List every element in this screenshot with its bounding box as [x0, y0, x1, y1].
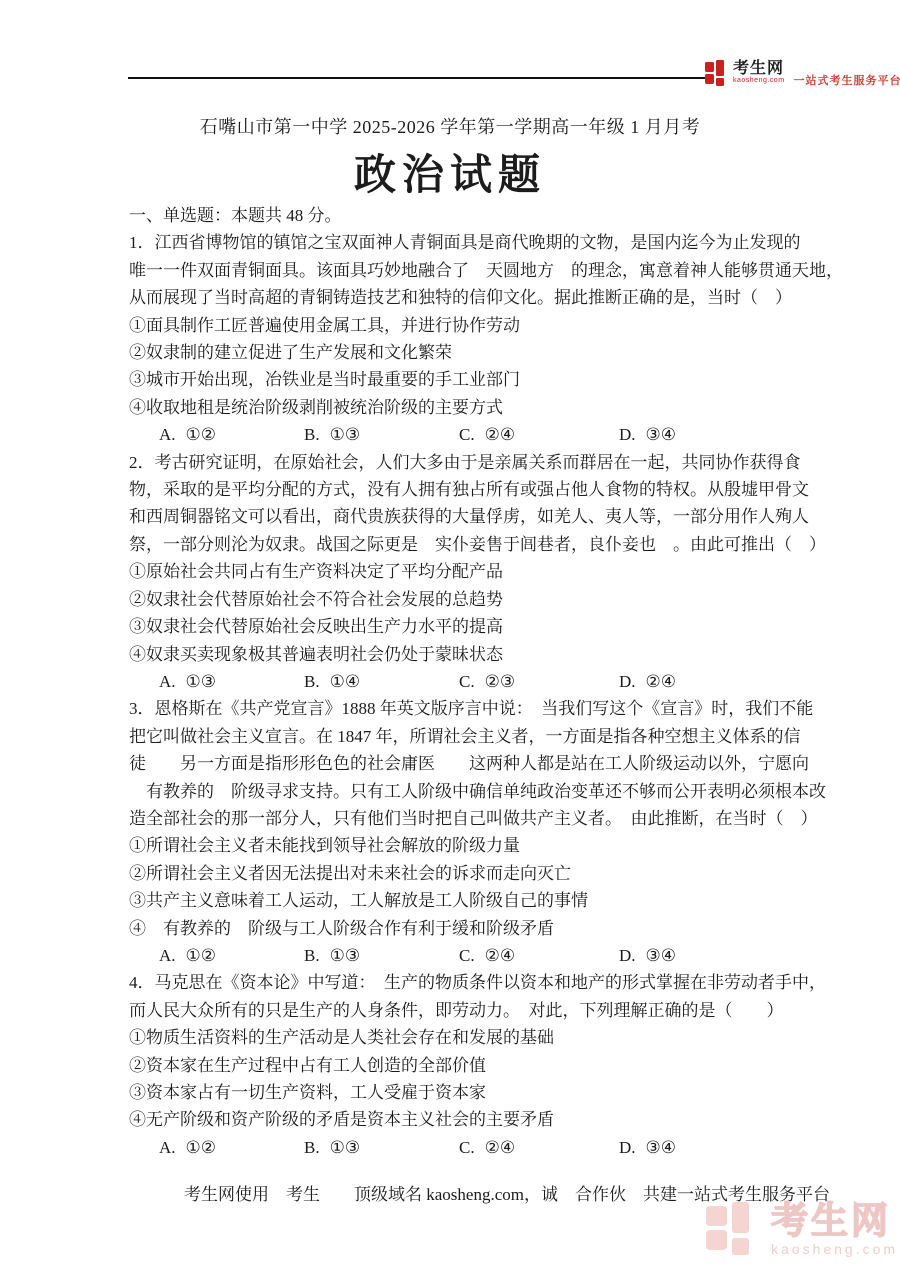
q2-option-B: B.①④ [304, 668, 459, 695]
kaosheng-logo-icon [705, 60, 730, 88]
option-choice: ①③ [186, 672, 216, 691]
q3-stem-line-5: 造全部社会的那一部分人，只有他们当时把自己叫做共产主义者。 由此推断，在当时（ … [129, 805, 799, 832]
q1-choice-item-4: ④收取地租是统治阶级剥削被统治阶级的主要方式 [129, 394, 799, 421]
question-3: 3．恩格斯在《共产党宣言》1888 年英文版序言中说： 当我们写这个《宣言》时，… [129, 695, 799, 969]
q3-options-row: A.①②B.①③C.②④D.③④ [129, 942, 799, 969]
q3-choice-item-3: ③共产主义意味着工人运动，工人解放是工人阶级自己的事情 [129, 887, 799, 914]
logo-text-block: 考生网 kaosheng.com [733, 60, 785, 85]
option-choice: ③④ [646, 425, 676, 444]
option-letter: A. [159, 672, 176, 691]
q4-option-A: A.①② [159, 1134, 304, 1161]
watermark-text-block: 考生网 kaosheng.com [771, 1202, 898, 1257]
q4-options-row: A.①②B.①③C.②④D.③④ [129, 1134, 799, 1161]
option-letter: B. [304, 1138, 320, 1157]
q4-choice-item-1: ①物质生活资料的生产活动是人类社会存在和发展的基础 [129, 1024, 799, 1051]
section-header: 一、单选题：本题共 48 分。 [129, 202, 799, 229]
q2-option-C: C.②③ [459, 668, 619, 695]
q1-option-B: B.①③ [304, 421, 459, 448]
questions: 1．江西省博物馆的镇馆之宝双面神人青铜面具是商代晚期的文物，是国内迄今为止发现的… [129, 229, 799, 1161]
q1-stem-line-2: 唯一一件双面青铜面具。该面具巧妙地融合了 天圆地方 的理念，寓意着神人能够贯通天… [129, 257, 799, 284]
q4-option-D: D.③④ [619, 1134, 676, 1161]
q1-options-row: A.①②B.①③C.②④D.③④ [129, 421, 799, 448]
option-choice: ①④ [330, 672, 360, 691]
q4-stem-line-2: 而人民大众所有的只是生产的人身条件，即劳动力。 对此，下列理解正确的是（ ） [129, 997, 799, 1024]
option-choice: ②④ [485, 1138, 515, 1157]
q2-stem-line-4: 祭，一部分则沦为奴隶。战国之际更是 实仆妾售于闾巷者，良仆妾也 。由此可推出（ … [129, 531, 799, 558]
q1-stem-line-1: 1．江西省博物馆的镇馆之宝双面神人青铜面具是商代晚期的文物，是国内迄今为止发现的 [129, 229, 799, 256]
option-choice: ②④ [485, 946, 515, 965]
q1-stem-line-3: 从而展现了当时高超的青铜铸造技艺和独特的信仰文化。据此推断正确的是，当时（ ） [129, 284, 799, 311]
option-letter: B. [304, 672, 320, 691]
q4-option-C: C.②④ [459, 1134, 619, 1161]
q4-choice-item-2: ②资本家在生产过程中占有工人创造的全部价值 [129, 1052, 799, 1079]
option-choice: ①② [186, 946, 216, 965]
option-letter: C. [459, 946, 475, 965]
q3-option-A: A.①② [159, 942, 304, 969]
option-choice: ③④ [646, 946, 676, 965]
q1-option-A: A.①② [159, 421, 304, 448]
option-choice: ②③ [485, 672, 515, 691]
option-letter: B. [304, 425, 320, 444]
watermark-site-name: 考生网 [771, 1202, 898, 1240]
q4-option-B: B.①③ [304, 1134, 459, 1161]
q3-stem-line-4: 有教养的 阶级寻求支持。只有工人阶级中确信单纯政治变革还不够而公开表明必须根本改 [129, 778, 799, 805]
q2-choice-item-3: ③奴隶社会代替原始社会反映出生产力水平的提高 [129, 613, 799, 640]
option-choice: ①② [186, 1138, 216, 1157]
option-letter: C. [459, 1138, 475, 1157]
school-exam-line: 石嘴山市第一中学 2025-2026 学年第一学期高一年级 1 月月考 [0, 113, 900, 139]
option-choice: ①③ [330, 425, 360, 444]
q3-choice-item-1: ①所谓社会主义者未能找到领导社会解放的阶级力量 [129, 832, 799, 859]
q1-option-C: C.②④ [459, 421, 619, 448]
question-2: 2．考古研究证明，在原始社会，人们大多由于是亲属关系而群居在一起，共同协作获得食… [129, 449, 799, 696]
kaosheng-watermark: 考生网 kaosheng.com [706, 1202, 898, 1258]
logo-tagline: 一站式考生服务平台 [794, 72, 900, 88]
q3-option-D: D.③④ [619, 942, 676, 969]
footer-text: 考生网使用 考生 顶级域名 kaosheng.com，诚 合作伙 共建一站式考生… [184, 1180, 830, 1205]
option-choice: ②④ [485, 425, 515, 444]
option-letter: D. [619, 672, 636, 691]
option-letter: D. [619, 946, 636, 965]
q3-stem-line-3: 徒 另一方面是指形形色色的社会庸医 这两种人都是站在工人阶级运动以外，宁愿向 [129, 750, 799, 777]
q3-choice-item-2: ②所谓社会主义者因无法提出对未来社会的诉求而走向灭亡 [129, 860, 799, 887]
logo-site-name: 考生网 [733, 60, 785, 77]
watermark-domain: kaosheng.com [771, 1241, 898, 1257]
option-letter: C. [459, 672, 475, 691]
option-choice: ①③ [330, 1138, 360, 1157]
watermark-logo-icon [706, 1202, 764, 1258]
option-choice: ①② [186, 425, 216, 444]
q2-stem-line-3: 和西周铜器铭文可以看出，商代贵族获得的大量俘虏，如羌人、夷人等，一部分用作人殉人 [129, 503, 799, 530]
option-letter: A. [159, 946, 176, 965]
option-choice: ①③ [330, 946, 360, 965]
q1-option-D: D.③④ [619, 421, 676, 448]
q3-stem-line-1: 3．恩格斯在《共产党宣言》1888 年英文版序言中说： 当我们写这个《宣言》时，… [129, 695, 799, 722]
option-letter: C. [459, 425, 475, 444]
exam-page: 考生网 kaosheng.com 一站式考生服务平台 石嘴山市第一中学 2025… [0, 0, 900, 1273]
q3-choice-item-4: ④ 有教养的 阶级与工人阶级合作有利于缓和阶级矛盾 [129, 915, 799, 942]
q3-stem-line-2: 把它叫做社会主义宣言。在 1847 年，所谓社会主义者，一方面是指各种空想主义体… [129, 723, 799, 750]
q2-option-A: A.①③ [159, 668, 304, 695]
q2-choice-item-2: ②奴隶社会代替原始社会不符合社会发展的总趋势 [129, 586, 799, 613]
q1-choice-item-1: ①面具制作工匠普遍使用金属工具，并进行协作劳动 [129, 312, 799, 339]
exam-title: 政治试题 [0, 142, 900, 202]
header-divider [128, 77, 713, 79]
q2-stem-line-1: 2．考古研究证明，在原始社会，人们大多由于是亲属关系而群居在一起，共同协作获得食 [129, 449, 799, 476]
q2-option-D: D.②④ [619, 668, 676, 695]
option-choice: ③④ [646, 1138, 676, 1157]
q1-choice-item-3: ③城市开始出现，冶铁业是当时最重要的手工业部门 [129, 366, 799, 393]
q2-stem-line-2: 物，采取的是平均分配的方式，没有人拥有独占所有或强占他人食物的特权。从殷墟甲骨文 [129, 476, 799, 503]
q2-options-row: A.①③B.①④C.②③D.②④ [129, 668, 799, 695]
option-letter: A. [159, 425, 176, 444]
option-letter: D. [619, 425, 636, 444]
q3-option-C: C.②④ [459, 942, 619, 969]
q2-choice-item-1: ①原始社会共同占有生产资料决定了平均分配产品 [129, 558, 799, 585]
option-letter: D. [619, 1138, 636, 1157]
logo-domain: kaosheng.com [733, 77, 785, 85]
q4-choice-item-3: ③资本家占有一切生产资料，工人受雇于资本家 [129, 1079, 799, 1106]
exam-body: 一、单选题：本题共 48 分。 1．江西省博物馆的镇馆之宝双面神人青铜面具是商代… [129, 202, 799, 1161]
q4-choice-item-4: ④无产阶级和资产阶级的矛盾是资本主义社会的主要矛盾 [129, 1106, 799, 1133]
kaosheng-logo: 考生网 kaosheng.com 一站式考生服务平台 [705, 60, 900, 88]
q1-choice-item-2: ②奴隶制的建立促进了生产发展和文化繁荣 [129, 339, 799, 366]
option-letter: A. [159, 1138, 176, 1157]
option-letter: B. [304, 946, 320, 965]
question-4: 4．马克思在《资本论》中写道： 生产的物质条件以资本和地产的形式掌握在非劳动者手… [129, 969, 799, 1161]
question-1: 1．江西省博物馆的镇馆之宝双面神人青铜面具是商代晚期的文物，是国内迄今为止发现的… [129, 229, 799, 448]
q4-stem-line-1: 4．马克思在《资本论》中写道： 生产的物质条件以资本和地产的形式掌握在非劳动者手… [129, 969, 799, 996]
q2-choice-item-4: ④奴隶买卖现象极其普遍表明社会仍处于蒙昧状态 [129, 641, 799, 668]
q3-option-B: B.①③ [304, 942, 459, 969]
option-choice: ②④ [646, 672, 676, 691]
